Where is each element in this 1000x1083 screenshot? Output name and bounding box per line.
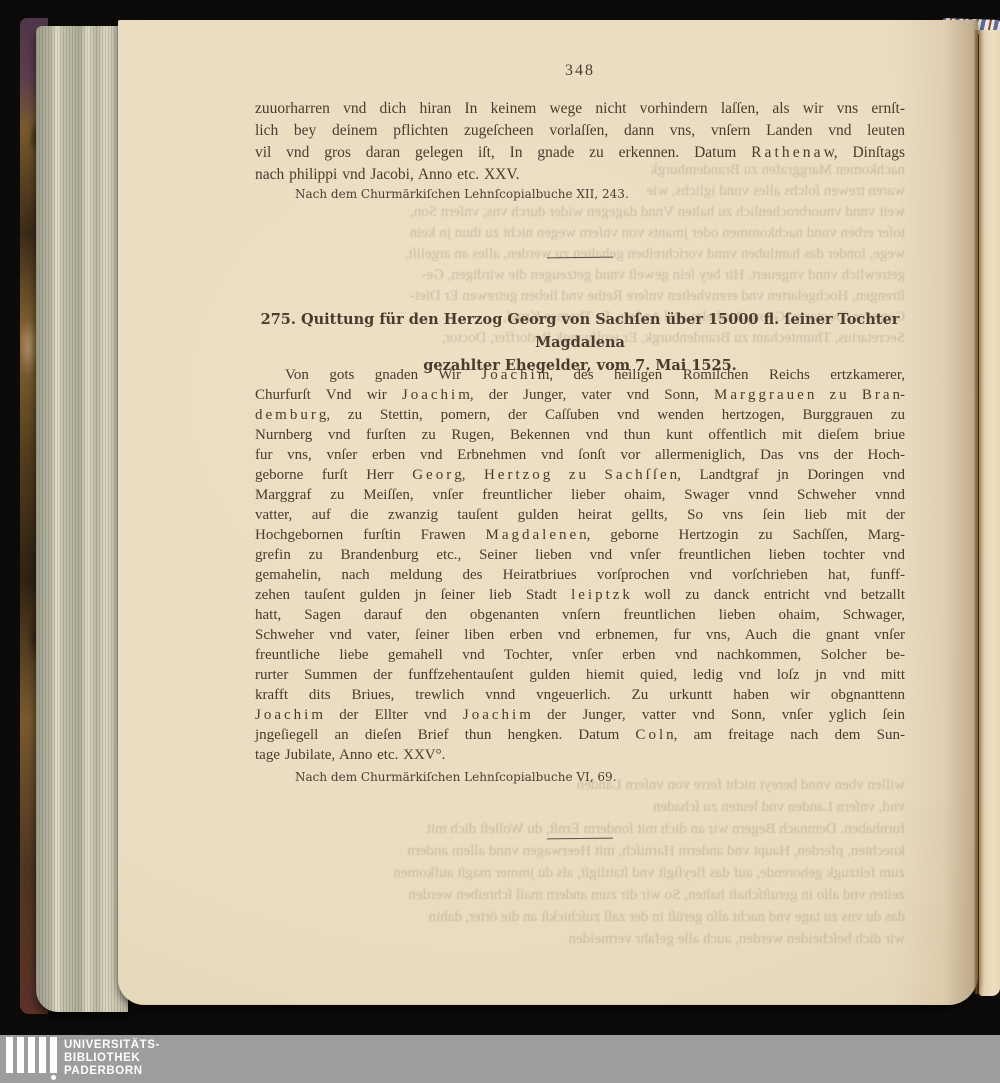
text-line: jngeſiegell an dieſen Brief thun hengken… — [255, 725, 905, 745]
bleedthrough-line: das du vns zu tage vnd nacht alſo gerüſt… — [255, 906, 905, 928]
text-line: d e m b u r g, zu Stettin, pomern, der C… — [255, 405, 905, 425]
library-watermark-banner: UNIVERSITÄTS- BIBLIOTHEK PADERBORN — [0, 1035, 1000, 1083]
text-line: krafft dits Briues, trewlich vnnd vngeue… — [255, 685, 905, 705]
bleedthrough-line: knechten, pferden, Haupt vnd anderm Harn… — [255, 840, 905, 862]
entry-275-body: Von gots gnaden Wir J o a c h i m, des h… — [255, 365, 905, 765]
bleedthrough-line: zeiten vnd alſo in geruſtſchaft halten, … — [255, 884, 905, 906]
logo-bar — [39, 1037, 46, 1073]
logo-bar — [28, 1037, 35, 1073]
fore-edge-page-stack — [36, 26, 128, 1012]
text-line: rurter Summen der funffzehentauſent guld… — [255, 665, 905, 685]
heading-line: 275. Quittung für den Herzog Georg von S… — [255, 308, 905, 354]
text-line: zuuorharren vnd dich hiran In keinem weg… — [255, 98, 905, 120]
text-line: Marggraf zu Meiſſen, vnſer freuntlicher … — [255, 485, 905, 505]
page-number: 348 — [255, 62, 905, 80]
text-line: hatt, Sagen darauf den obgenanten vnſern… — [255, 605, 905, 625]
text-line: Schweher vnd vater, ſeiner liben erben v… — [255, 625, 905, 645]
text-line: Hochgebornen furſtin Frawen M a g d a l … — [255, 525, 905, 545]
text-line: grefin zu Brandenburg etc., Seiner liebe… — [255, 545, 905, 565]
bleedthrough-line: wege, ſonder das hantluben vnnd vorſchre… — [255, 244, 905, 265]
bleedthrough-line: furnhaben. Demnach Begern wir an dich mi… — [255, 818, 905, 840]
text-line: freuntliche liebe gemahell vnd Tochter, … — [255, 645, 905, 665]
gutter-fold — [974, 30, 979, 994]
text-line: vatter, auf die zwanzig tauſent gulden h… — [255, 505, 905, 525]
logo-bar — [17, 1037, 24, 1073]
text-line: zehen tauſent gulden jn ſeiner lieb Stad… — [255, 585, 905, 605]
facing-page-sliver — [979, 30, 1000, 996]
bleedthrough-line: getrewlich vnnd vngeuert. Hir bey ſein g… — [255, 265, 905, 286]
library-name-line: BIBLIOTHEK — [64, 1052, 160, 1065]
text-line: nach philippi vnd Jacobi, Anno etc. XXV. — [255, 164, 905, 186]
bleedthrough-line: ſtrengen, Hochgelarten vnd erenvheſten v… — [255, 286, 905, 307]
text-line: geborne furſt Herr G e o r g, H e r t z … — [255, 465, 905, 485]
text-line: Churfurſt Vnd wir J o a c h i m, der Jun… — [255, 385, 905, 405]
bleedthrough-line: toſer erben vnnd nachkommen oder jmants … — [255, 223, 905, 244]
continued-paragraph: zuuorharren vnd dich hiran In keinem weg… — [255, 98, 905, 186]
library-name-line: UNIVERSITÄTS- — [64, 1039, 160, 1052]
bleedthrough-text-lower: willen vben vnnd bereyt nicht ferre von … — [255, 774, 905, 950]
book-scan-background: nachkomen Marggrafen zu Brandemburgkware… — [0, 0, 1000, 1083]
text-line: J o a c h i m der Ellter vnd J o a c h i… — [255, 705, 905, 725]
source-footnote-1: Nach dem Churmärkiſchen Lehnſcopialbuche… — [255, 187, 945, 201]
text-line: tage Jubilate, Anno etc. XXV°. — [255, 745, 905, 765]
bleedthrough-line: wir dich beſcheiden werden, auch alle ge… — [255, 928, 905, 950]
book-page: nachkomen Marggrafen zu Brandemburgkware… — [118, 20, 978, 1005]
text-line: gemahelin, nach meldung des Heiratbriues… — [255, 565, 905, 585]
logo-bar — [50, 1037, 57, 1073]
text-line: fur vns, vnſer erben vnd Erbnehmen vnd ſ… — [255, 445, 905, 465]
library-name: UNIVERSITÄTS- BIBLIOTHEK PADERBORN — [64, 1039, 160, 1078]
logo-dot — [51, 1075, 56, 1080]
logo-bar — [6, 1037, 13, 1073]
text-line: Nurnberg vnd furſten zu Rugen, Bekennen … — [255, 425, 905, 445]
bleedthrough-line: zum feltzugk gehorende, auf das fleyſigſ… — [255, 862, 905, 884]
bleedthrough-line: vnd, vnſern Landen vnd leuten zu ſchaden — [255, 796, 905, 818]
text-line: lich bey deinem pflichten zugeſcheen vor… — [255, 120, 905, 142]
bleedthrough-line: weit vnnd vnuorbrochenlich zu halten Vnn… — [255, 202, 905, 223]
library-name-line: PADERBORN — [64, 1065, 160, 1078]
source-footnote-2: Nach dem Churmärkiſchen Lehnſcopialbuche… — [255, 770, 945, 784]
library-logo-icon — [6, 1037, 62, 1081]
text-line: Von gots gnaden Wir J o a c h i m, des h… — [255, 365, 905, 385]
text-line: vil vnd gros daran gelegen iſt, In gnade… — [255, 142, 905, 164]
